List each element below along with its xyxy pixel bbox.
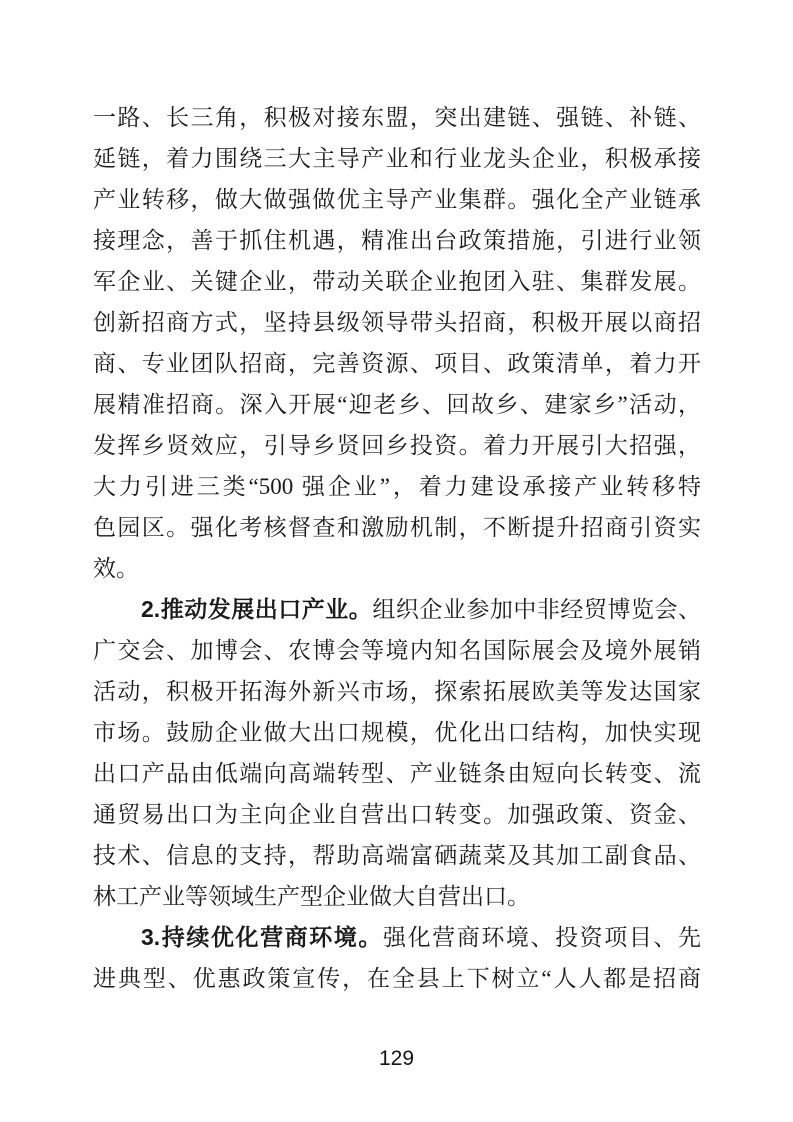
- body-text: 军企业、关键企业，带动关联企业抱团入驻、集群发展。: [93, 269, 701, 294]
- paragraph-heading: 2.推动发展出口产业。: [141, 596, 372, 622]
- text-line: 产业转移，做大做强做优主导产业集群。强化全产业链承: [93, 179, 701, 220]
- body-text: 效。: [93, 556, 139, 581]
- body-text: 市场。鼓励企业做大出口规模，优化出口结构，加快实现: [93, 720, 701, 745]
- text-line: 军企业、关键企业，带动关联企业抱团入驻、集群发展。: [93, 261, 701, 302]
- text-line: 3.持续优化营商环境。强化营商环境、投资项目、先: [93, 917, 701, 958]
- text-line: 延链，着力围绕三大主导产业和行业龙头企业，积极承接: [93, 138, 701, 179]
- text-line: 创新招商方式，坚持县级领导带头招商，积极开展以商招: [93, 302, 701, 343]
- body-text: 发挥乡贤效应，引导乡贤回乡投资。着力开展引大招强，: [93, 433, 701, 458]
- text-line: 技术、信息的支持，帮助高端富硒蔬菜及其加工副食品、: [93, 835, 701, 876]
- body-text: 产业转移，做大做强做优主导产业集群。强化全产业链承: [93, 187, 701, 212]
- text-line: 效。: [93, 548, 701, 589]
- body-text: 展精准招商。深入开展“迎老乡、回故乡、建家乡”活动，: [93, 392, 701, 417]
- body-text: 广交会、加博会、农博会等境内知名国际展会及境外展销: [93, 638, 701, 663]
- text-block: 一路、长三角，积极对接东盟，突出建链、强链、补链、延链，着力围绕三大主导产业和行…: [93, 97, 701, 999]
- text-line: 一路、长三角，积极对接东盟，突出建链、强链、补链、: [93, 97, 701, 138]
- text-line: 活动，积极开拓海外新兴市场，探索拓展欧美等发达国家: [93, 671, 701, 712]
- text-line: 接理念，善于抓住机遇，精准出台政策措施，引进行业领: [93, 220, 701, 261]
- body-text: 大力引进三类“500 强企业”，着力建设承接产业转移特: [93, 474, 701, 499]
- body-text: 组织企业参加中非经贸博览会、: [372, 597, 701, 622]
- body-text: 色园区。强化考核督查和激励机制，不断提升招商引资实: [93, 515, 701, 540]
- body-text: 林工产业等领域生产型企业做大自营出口。: [93, 884, 530, 909]
- body-text: 出口产品由低端向高端转型、产业链条由短向长转变、流: [93, 761, 701, 786]
- page-number: 129: [0, 1044, 793, 1074]
- body-text: 活动，积极开拓海外新兴市场，探索拓展欧美等发达国家: [93, 679, 701, 704]
- body-text: 商、专业团队招商，完善资源、项目、政策清单，着力开: [93, 351, 701, 376]
- text-line: 广交会、加博会、农博会等境内知名国际展会及境外展销: [93, 630, 701, 671]
- text-line: 色园区。强化考核督查和激励机制，不断提升招商引资实: [93, 507, 701, 548]
- text-line: 发挥乡贤效应，引导乡贤回乡投资。着力开展引大招强，: [93, 425, 701, 466]
- text-line: 大力引进三类“500 强企业”，着力建设承接产业转移特: [93, 466, 701, 507]
- text-line: 通贸易出口为主向企业自营出口转变。加强政策、资金、: [93, 794, 701, 835]
- text-line: 出口产品由低端向高端转型、产业链条由短向长转变、流: [93, 753, 701, 794]
- text-line: 商、专业团队招商，完善资源、项目、政策清单，着力开: [93, 343, 701, 384]
- document-page: 一路、长三角，积极对接东盟，突出建链、强链、补链、延链，着力围绕三大主导产业和行…: [0, 0, 793, 1122]
- body-text: 通贸易出口为主向企业自营出口转变。加强政策、资金、: [93, 802, 701, 827]
- text-line: 林工产业等领域生产型企业做大自营出口。: [93, 876, 701, 917]
- text-line: 展精准招商。深入开展“迎老乡、回故乡、建家乡”活动，: [93, 384, 701, 425]
- body-text: 延链，着力围绕三大主导产业和行业龙头企业，积极承接: [93, 146, 701, 171]
- text-line: 市场。鼓励企业做大出口规模，优化出口结构，加快实现: [93, 712, 701, 753]
- body-text: 接理念，善于抓住机遇，精准出台政策措施，引进行业领: [93, 228, 701, 253]
- body-text: 一路、长三角，积极对接东盟，突出建链、强链、补链、: [93, 105, 701, 130]
- text-line: 2.推动发展出口产业。组织企业参加中非经贸博览会、: [93, 589, 701, 630]
- paragraph-heading: 3.持续优化营商环境。: [141, 924, 383, 950]
- body-text: 创新招商方式，坚持县级领导带头招商，积极开展以商招: [93, 310, 701, 335]
- text-line: 进典型、优惠政策宣传，在全县上下树立“人人都是招商: [93, 958, 701, 999]
- body-text: 技术、信息的支持，帮助高端富硒蔬菜及其加工副食品、: [93, 843, 701, 868]
- body-text: 进典型、优惠政策宣传，在全县上下树立“人人都是招商: [93, 966, 701, 991]
- body-text: 强化营商环境、投资项目、先: [383, 925, 701, 950]
